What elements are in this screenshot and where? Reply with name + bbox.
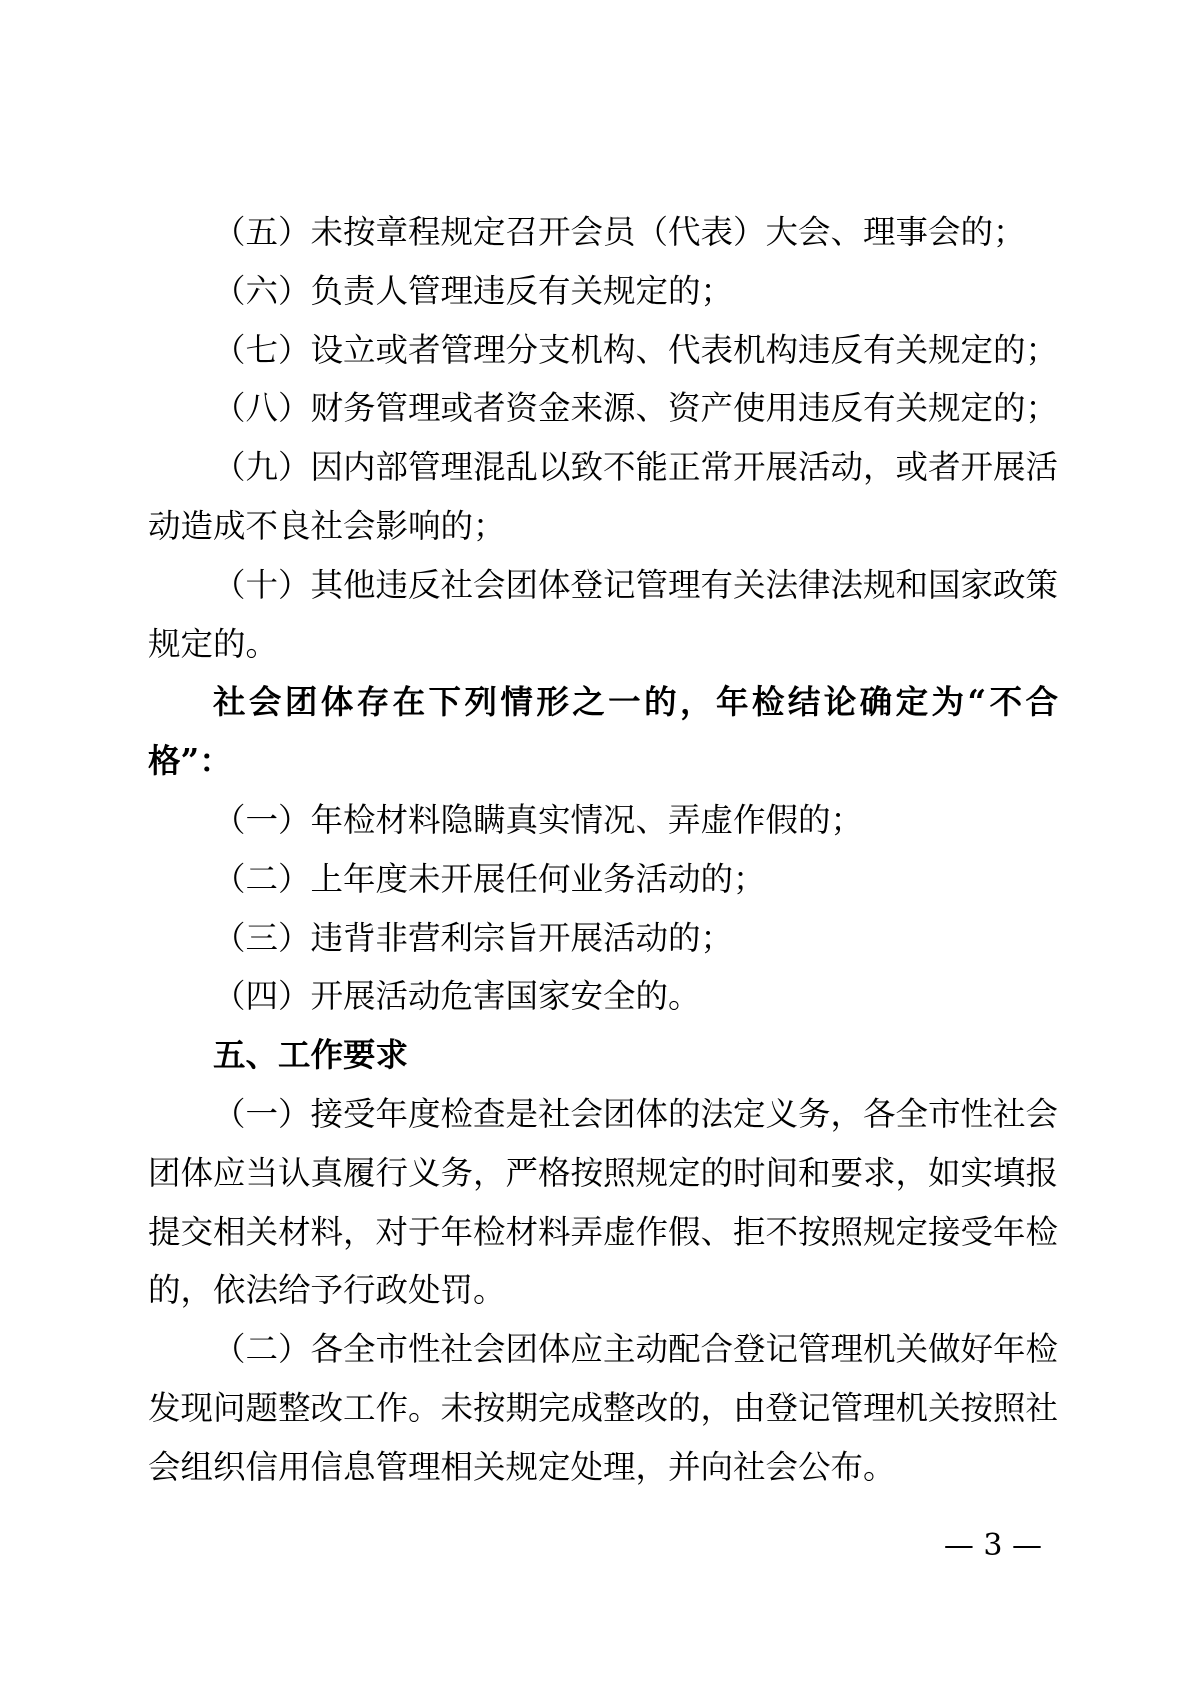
doc-paragraph: （一）年检材料隐瞒真实情况、弄虚作假的； — [148, 791, 1058, 850]
doc-paragraph: （七）设立或者管理分支机构、代表机构违反有关规定的； — [148, 321, 1058, 380]
doc-paragraph: （五）未按章程规定召开会员（代表）大会、理事会的； — [148, 203, 1058, 262]
doc-paragraph: （八）财务管理或者资金来源、资产使用违反有关规定的； — [148, 379, 1058, 438]
document-body: （五）未按章程规定召开会员（代表）大会、理事会的；（六）负责人管理违反有关规定的… — [148, 203, 1058, 1497]
doc-paragraph: （九）因内部管理混乱以致不能正常开展活动，或者开展活动造成不良社会影响的； — [148, 438, 1058, 556]
doc-paragraph: （二）上年度未开展任何业务活动的； — [148, 850, 1058, 909]
page-number: — 3 — — [944, 1528, 1042, 1564]
doc-paragraph: （二）各全市性社会团体应主动配合登记管理机关做好年检发现问题整改工作。未按期完成… — [148, 1320, 1058, 1496]
doc-paragraph: 五、工作要求 — [148, 1026, 1058, 1085]
doc-paragraph: （一）接受年度检查是社会团体的法定义务，各全市性社会团体应当认真履行义务，严格按… — [148, 1085, 1058, 1320]
document-page: （五）未按章程规定召开会员（代表）大会、理事会的；（六）负责人管理违反有关规定的… — [0, 0, 1190, 1683]
doc-paragraph: （六）负责人管理违反有关规定的； — [148, 262, 1058, 321]
doc-paragraph: 社会团体存在下列情形之一的，年检结论确定为“不合格”： — [148, 673, 1058, 791]
doc-paragraph: （四）开展活动危害国家安全的。 — [148, 967, 1058, 1026]
doc-paragraph: （三）违背非营利宗旨开展活动的； — [148, 909, 1058, 968]
doc-paragraph: （十）其他违反社会团体登记管理有关法律法规和国家政策规定的。 — [148, 556, 1058, 674]
